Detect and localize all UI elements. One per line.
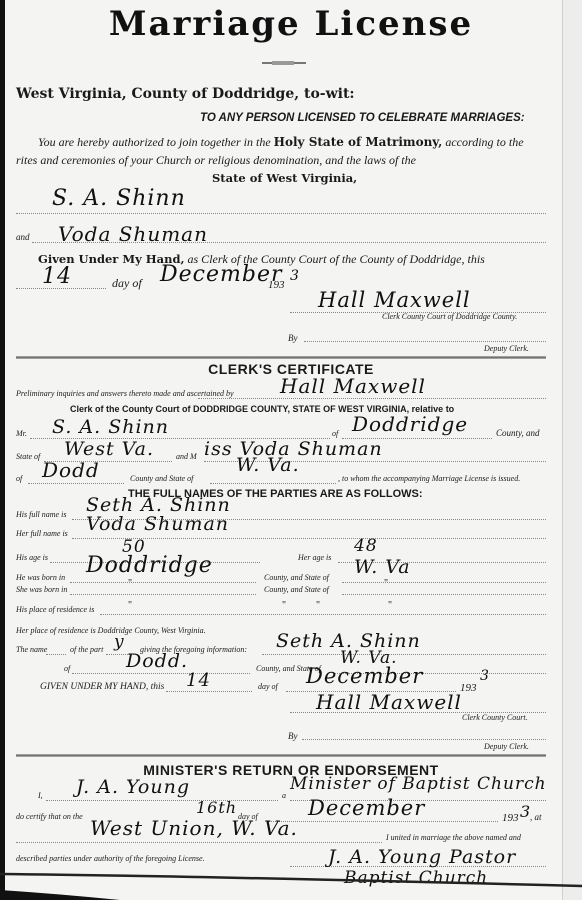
he-county-state-label: County, and State of (264, 573, 329, 582)
groom-name-line (16, 213, 546, 214)
holy-state-text: Holy State of Matrimony, (274, 135, 443, 149)
he-born-handwritten: Doddridge (86, 553, 213, 578)
of2-label: of (16, 474, 22, 483)
her-full-name-handwritten: Voda Shuman (86, 513, 229, 535)
county-line: West Virginia, County of Doddridge, to-w… (16, 86, 355, 102)
the-name-label: The name (16, 645, 47, 654)
he-born-line (70, 582, 256, 583)
marriage-day-handwritten: 16th (196, 798, 237, 817)
county-state-handwritten: W. Va. (236, 454, 300, 476)
his-residence-ditto-3: " (316, 600, 320, 611)
preliminary-label: Preliminary inquiries and answers theret… (16, 389, 234, 398)
bride-name-line (32, 242, 546, 243)
he-state-line (342, 582, 546, 583)
his-residence-ditto-1: " (128, 600, 132, 611)
state-of-label: State of (16, 452, 40, 461)
his-full-name-label: His full name is (16, 510, 66, 519)
given-year-suffix-handwritten: 3 (480, 668, 490, 684)
to-any-person-heading: TO ANY PERSON LICENSED TO CELEBRATE MARR… (200, 112, 525, 124)
given-year-prefix: 193 (460, 682, 477, 694)
he-born-label: He was born in (16, 573, 65, 582)
i-label: I, (38, 791, 43, 800)
she-born-label: She was born in (16, 585, 67, 594)
title-ornament-center (272, 61, 294, 65)
the-name-line (46, 654, 66, 655)
issued-text: , to whom the accompanying Marriage Lice… (338, 474, 520, 483)
authorized-text-2: according to the (445, 135, 523, 149)
her-full-name-label: Her full name is (16, 529, 68, 538)
her-age-label: Her age is (298, 553, 331, 562)
authorized-text-1: You are hereby authorized to join togeth… (38, 135, 271, 149)
minister-name-line (46, 800, 278, 801)
groom-name-handwritten: S. A. Shinn (52, 186, 186, 211)
united-text: I united in marriage the above named and (386, 833, 521, 842)
she-born-line (70, 594, 256, 595)
page-bottom-edge (0, 870, 582, 900)
license-day-handwritten: 14 (42, 264, 72, 289)
of-the-part-label: of the part (70, 645, 103, 654)
section-divider-1 (16, 356, 546, 359)
certificate-deputy-caption: Deputy Clerk. (484, 742, 529, 751)
his-residence-label: His place of residence is (16, 605, 94, 614)
mr-label: Mr. (16, 429, 27, 438)
given-day-of-label: day of (258, 682, 278, 691)
county-state-line (210, 483, 336, 484)
informant-of-handwritten: Dodd. (126, 650, 188, 672)
day-of-label: day of (112, 276, 142, 291)
informant-line (262, 654, 546, 655)
preliminary-line (198, 398, 546, 399)
part-suffix-handwritten: y (114, 632, 125, 652)
given-day-line (166, 691, 252, 692)
his-residence-ditto-4: " (388, 600, 392, 611)
she-born-ditto: " (128, 578, 132, 589)
certificate-clerk-signature: Hall Maxwell (316, 690, 462, 714)
deputy-line (304, 341, 546, 342)
certificate-deputy-line (302, 739, 546, 740)
section-divider-2 (16, 754, 546, 757)
her-age-handwritten: 48 (354, 536, 378, 556)
license-year-suffix-handwritten: 3 (290, 268, 300, 284)
certificate-by-label: By (288, 731, 298, 741)
he-state-handwritten: W. Va (354, 556, 411, 578)
her-residence-line: Her place of residence is Doddridge Coun… (16, 626, 206, 635)
given-day-handwritten: 14 (186, 670, 211, 691)
and-m-label: and M (176, 452, 197, 461)
minister-title-handwritten: Minister of Baptist Church (290, 774, 547, 794)
county-state-label: County and State of (130, 474, 193, 483)
marriage-month-line (268, 821, 498, 822)
minister-name-handwritten: J. A. Young (76, 776, 190, 798)
informant-of-label: of (64, 664, 70, 673)
and-label: and (16, 232, 30, 242)
marriage-place-line (16, 842, 382, 843)
certify-label: do certify that on the (16, 812, 83, 821)
by-label: By (288, 333, 298, 343)
minister-signature-line-1: J. A. Young Pastor (328, 846, 516, 868)
marriage-year-prefix: 193 (502, 812, 519, 824)
of-label: of (332, 429, 338, 438)
clerk-caption: Clerk County Court of Doddridge County. (382, 312, 517, 321)
license-day-line (16, 288, 106, 289)
described-text: described parties under authority of the… (16, 854, 205, 863)
county-and-label: County, and (496, 428, 540, 438)
she-state-line (342, 594, 546, 595)
she-state-ditto: " (384, 578, 388, 589)
informant-of-line (72, 673, 250, 674)
his-age-label: His age is (16, 553, 48, 562)
at-label: , at (530, 812, 542, 822)
certificate-clerk-caption: Clerk County Court. (462, 713, 528, 722)
deputy-caption: Deputy Clerk. (484, 344, 529, 353)
state-of-handwritten: West Va. (64, 438, 154, 460)
authorized-text-line-2: rites and ceremonies of your Church or r… (16, 153, 416, 168)
license-month-handwritten: December (160, 262, 282, 287)
clerk-signature: Hall Maxwell (318, 288, 471, 312)
she-county-state-label: County, and State of (264, 585, 329, 594)
mr-value-handwritten: S. A. Shinn (52, 416, 169, 438)
a-label: a (282, 791, 286, 800)
state-line: State of West Virginia, (212, 171, 357, 185)
preliminary-value-handwritten: Hall Maxwell (280, 374, 426, 398)
his-residence-line (100, 614, 546, 615)
of2-line (28, 483, 124, 484)
of2-county-handwritten: Dodd (42, 458, 100, 482)
given-under-my-hand-label: GIVEN UNDER MY HAND, this (40, 682, 164, 692)
given-month-handwritten: December (306, 664, 423, 688)
authorized-text-line-1: You are hereby authorized to join togeth… (38, 135, 524, 150)
document-title: Marriage License (0, 4, 582, 44)
license-year-prefix: 193 (268, 279, 285, 291)
marriage-month-handwritten: December (308, 796, 425, 820)
marriage-place-handwritten: West Union, W. Va. (90, 816, 298, 840)
his-residence-ditto-2: " (282, 600, 286, 611)
of-county-handwritten: Doddridge (352, 412, 468, 436)
